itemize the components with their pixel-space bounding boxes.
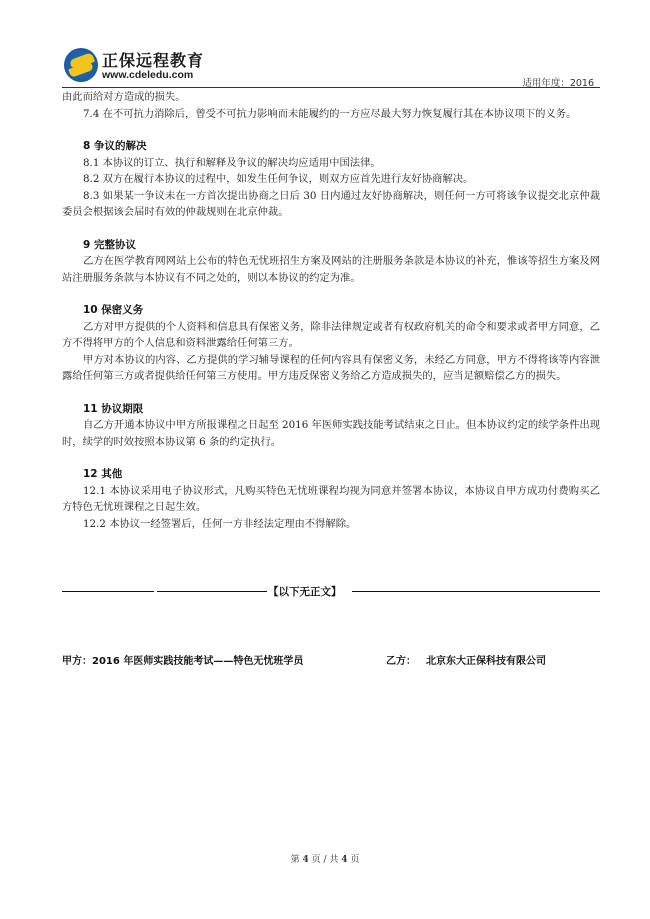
section-10-heading: 10 保密义务 — [62, 302, 600, 319]
page-footer: 第 4 页 / 共 4 页 — [0, 852, 650, 865]
section-11-paragraph: 自乙方开通本协议中甲方所报课程之日起至 2016 年医师实践技能考试结束之日止。… — [62, 417, 600, 450]
clause-8-2: 8.2 双方在履行本协议的过程中，如发生任何争议，则双方应首先进行友好协商解决。 — [62, 171, 600, 188]
page-prefix: 第 — [291, 855, 300, 865]
divider-line — [157, 591, 267, 592]
section-10-paragraph-2: 甲方对本协议的内容、乙方提供的学习辅导课程的任何内容具有保密义务，未经乙方同意，… — [62, 352, 600, 385]
party-b-name: 北京东大正保科技有限公司 — [426, 656, 546, 667]
document-header: 正保远程教育 www.cdeledu.com 适用年度：2016 — [62, 44, 602, 89]
section-9-paragraph: 乙方在医学教育网网站上公布的特色无忧班招生方案及网站的注册服务条款是本协议的补充… — [62, 253, 600, 286]
end-of-text-marker: 【以下无正文】 — [62, 584, 602, 598]
divider-line — [352, 591, 600, 592]
cdeledu-logo-icon — [64, 48, 98, 82]
page-suffix: 页 — [350, 855, 359, 865]
website-url: www.cdeledu.com — [102, 69, 193, 81]
section-11-heading: 11 协议期限 — [62, 401, 600, 418]
party-a-signature: 甲方：2016 年医师实践技能考试——特色无忧班学员 — [62, 652, 303, 667]
clause-12-2: 12.2 本协议一经签署后，任何一方非经法定理由不得解除。 — [62, 516, 600, 533]
section-10-paragraph-1: 乙方对甲方提供的个人资料和信息具有保密义务，除非法律规定或者有权政府机关的命令和… — [62, 319, 600, 352]
party-b-signature: 乙方：北京东大正保科技有限公司 — [386, 652, 546, 667]
section-8-heading: 8 争议的解决 — [62, 138, 600, 155]
header-divider — [62, 87, 600, 88]
document-body: 由此而给对方造成的损失。 7.4 在不可抗力消除后，曾受不可抗力影响而未能履约的… — [62, 89, 600, 532]
section-9-heading: 9 完整协议 — [62, 237, 600, 254]
brand-name: 正保远程教育 — [102, 48, 204, 71]
page-mid: 页 / 共 — [312, 855, 339, 865]
clause-8-3: 8.3 如果某一争议未在一方首次提出协商之日后 30 日内通过友好协商解决，则任… — [62, 188, 600, 221]
clause-8-1: 8.1 本协议的订立、执行和解释及争议的解决均应适用中国法律。 — [62, 155, 600, 172]
divider-line — [62, 591, 154, 592]
section-12-heading: 12 其他 — [62, 466, 600, 483]
total-pages: 4 — [341, 855, 347, 865]
carryover-text: 由此而给对方造成的损失。 — [62, 89, 600, 106]
clause-7-4: 7.4 在不可抗力消除后，曾受不可抗力影响而未能履约的一方应尽最大努力恢复履行其… — [62, 106, 600, 123]
end-marker-text: 【以下无正文】 — [268, 584, 342, 599]
party-b-label: 乙方： — [386, 656, 416, 667]
current-page: 4 — [302, 855, 308, 865]
clause-12-1: 12.1 本协议采用电子协议形式，凡购买特色无忧班课程均视为同意并签署本协议，本… — [62, 483, 600, 516]
